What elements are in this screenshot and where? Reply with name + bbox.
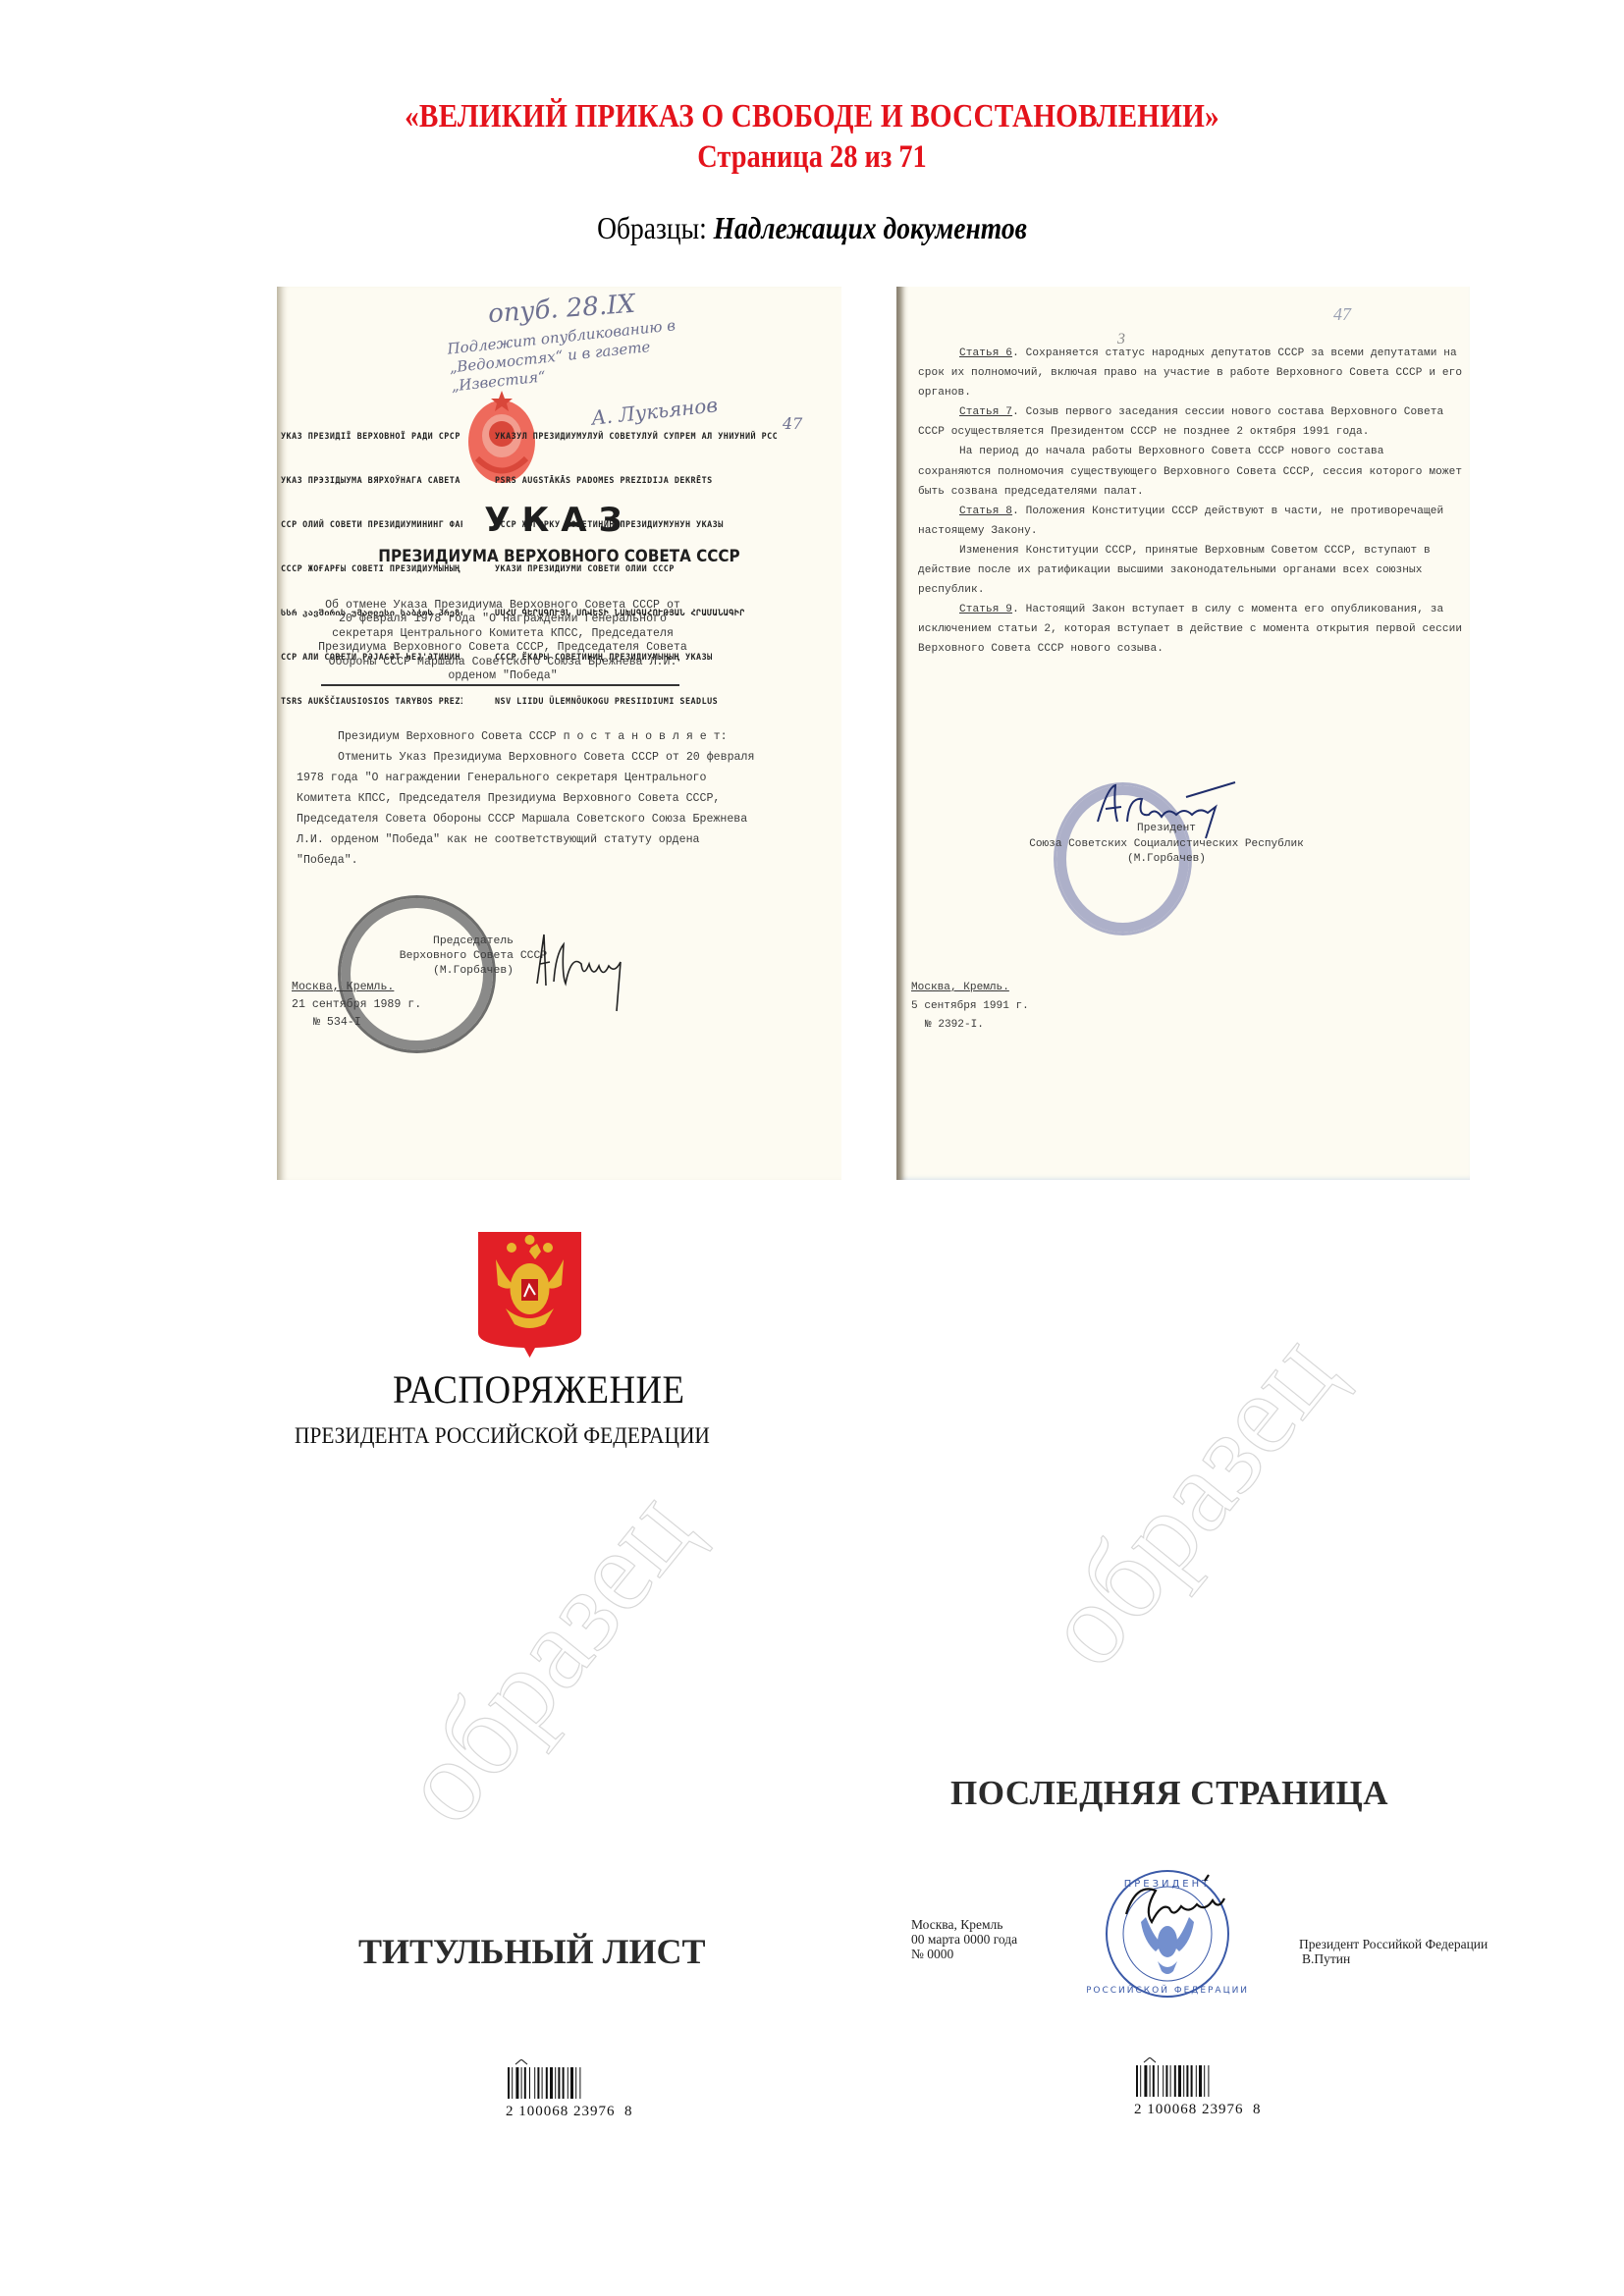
gorbachev-signature-icon	[532, 925, 640, 1013]
order-place: Москва, Кремль	[911, 1917, 1017, 1932]
decree-languages-right: УКАЗУЛ ПРЕЗИДИУМУЛУЙ СОВЕТУЛУЙ СУПРЕМ АЛ…	[495, 400, 809, 738]
decree-preamble: Президиум Верховного Совета СССР п о с т…	[297, 726, 768, 747]
order-signer: Президент Российкой Федерации В.Путин	[1299, 1937, 1488, 1966]
order-date: 00 марта 0000 года	[911, 1932, 1017, 1947]
barcode-number: 2 100068 23976 8	[1134, 2102, 1262, 2118]
decree-languages-left: УКАЗ ПРЕЗИДІЇ ВЕРХОВНОЇ РАДИ СРСР УКАЗ П…	[281, 400, 462, 738]
samples-caption: Образцы: Надлежащих документов	[114, 210, 1510, 246]
decree-date: 21 сентября 1989 г.	[292, 996, 421, 1014]
decree-title: УКАЗ	[277, 501, 841, 540]
samples-value: Надлежащих документов	[714, 210, 1027, 245]
article-8-paragraph: Изменения Конституции СССР, принятые Вер…	[918, 541, 1463, 600]
svg-text:РОССИЙСКОЙ ФЕДЕРАЦИИ: РОССИЙСКОЙ ФЕДЕРАЦИИ	[1087, 1984, 1249, 1996]
last-page-caption: ПОСЛЕДНЯЯ СТРАНИЦА	[950, 1774, 1388, 1813]
scan-ussr-decree-1989: опуб. 28.IX Подлежит опубликованию в „Ве…	[277, 287, 841, 1180]
title-page-caption: ТИТУЛЬНЫЙ ЛИСТ	[358, 1931, 706, 1972]
decree-divider	[321, 684, 679, 686]
article-7: Статья 7. Созыв первого заседания сессии…	[918, 402, 1463, 442]
law-date: 5 сентября 1991 г.	[911, 997, 1029, 1016]
order-heading: РАСПОРЯЖЕНИЕ	[393, 1366, 685, 1413]
decree-body: Президиум Верховного Совета СССР п о с т…	[297, 726, 768, 871]
decree-about: Об отмене Указа Президиума Верховного Со…	[316, 599, 689, 683]
barcode-icon	[1134, 2057, 1232, 2097]
order-number: № 0000	[911, 1947, 1017, 1961]
decree-number: № 534-I	[292, 1014, 421, 1032]
title-page-barcode: 2 100068 23976 8	[506, 2059, 633, 2120]
order-place-date: Москва, Кремль 00 марта 0000 года № 0000	[911, 1917, 1017, 1961]
sample-watermark: образец	[1016, 1308, 1363, 1692]
decree-text: Отменить Указ Президиума Верховного Сове…	[297, 747, 768, 871]
decree-subtitle: ПРЕЗИДИУМА ВЕРХОВНОГО СОВЕТА СССР	[299, 547, 819, 565]
article-6: Статья 6. Сохраняется статус народных де…	[918, 344, 1463, 402]
sample-watermark: образец	[373, 1466, 720, 1849]
article-7-paragraph: На период до начала работы Верховного Со…	[918, 442, 1463, 501]
article-8: Статья 8. Положения Конституции СССР дей…	[918, 502, 1463, 541]
document-title: «ВЕЛИКИЙ ПРИКАЗ О СВОБОДЕ И ВОССТАНОВЛЕН…	[114, 98, 1510, 135]
samples-label: Образцы:	[597, 210, 707, 245]
law-place-date: Москва, Кремль. 5 сентября 1991 г. № 239…	[911, 979, 1029, 1035]
russian-coat-of-arms-icon	[476, 1230, 583, 1360]
law-place: Москва, Кремль.	[911, 979, 1029, 997]
law-signer: Президент Союза Советских Социалистическ…	[896, 822, 1436, 868]
law-articles: Статья 6. Сохраняется статус народных де…	[918, 344, 1463, 660]
order-subheading: ПРЕЗИДЕНТА РОССИЙСКОЙ ФЕДЕРАЦИИ	[295, 1423, 710, 1449]
order-signer-title: Президент Российкой Федерации	[1299, 1937, 1488, 1951]
law-number: № 2392-I.	[911, 1016, 1029, 1035]
decree-place-date: Москва, Кремль. 21 сентября 1989 г. № 53…	[292, 979, 421, 1032]
barcode-icon	[506, 2059, 604, 2099]
presidential-seal-icon: ПРЕЗИДЕНТ РОССИЙСКОЙ ФЕДЕРАЦИИ	[1087, 1863, 1249, 2001]
decree-place: Москва, Кремль.	[292, 979, 421, 996]
barcode-number: 2 100068 23976 8	[506, 2104, 633, 2120]
handwritten-page-number: 47	[1333, 304, 1351, 325]
article-9: Статья 9. Настоящий Закон вступает в сил…	[918, 600, 1463, 659]
svg-text:ПРЕЗИДЕНТ: ПРЕЗИДЕНТ	[1124, 1879, 1212, 1890]
last-page-barcode: 2 100068 23976 8	[1134, 2057, 1262, 2118]
order-signer-name: В.Путин	[1299, 1951, 1488, 1966]
page-indicator: Страница 28 из 71	[114, 139, 1510, 176]
scan-ussr-law-1991: 3 47 Статья 6. Сохраняется статус народн…	[896, 287, 1470, 1180]
